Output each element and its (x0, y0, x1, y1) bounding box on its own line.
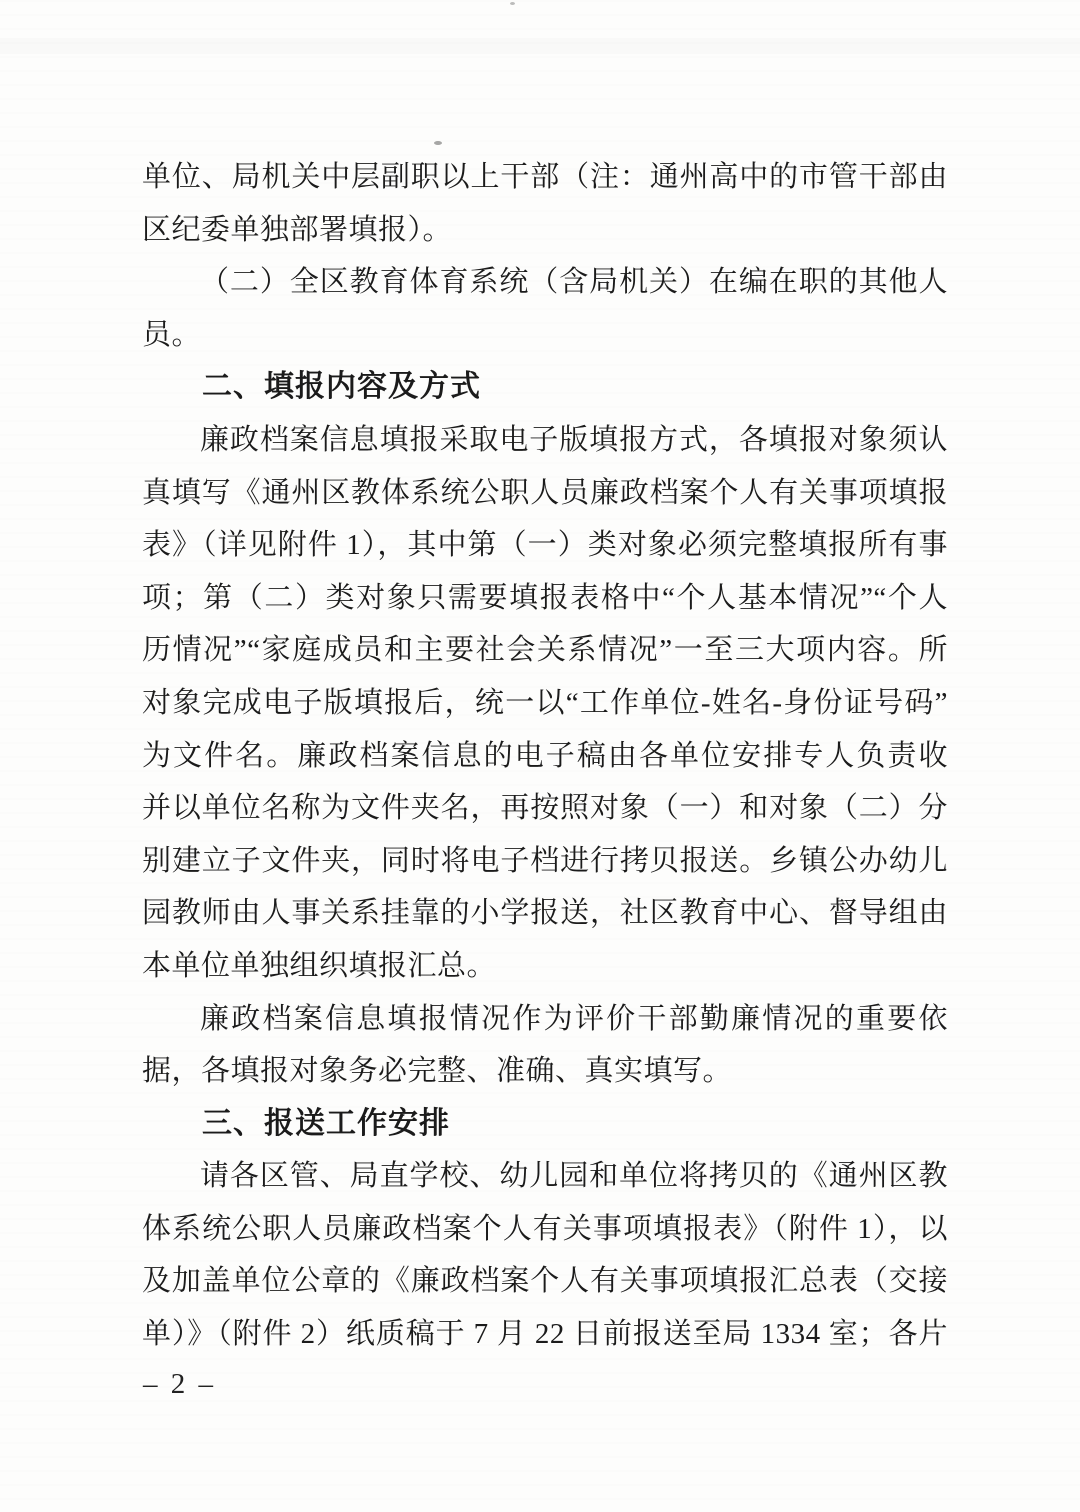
doc-line: 廉政档案信息填报情况作为评价干部勤廉情况的重要依 (142, 993, 948, 1046)
document-text-block: 单位、局机关中层副职以上干部（注：通州高中的市管干部由 区纪委单独部署填报）。 … (142, 151, 948, 1361)
scan-artifact-dot (510, 2, 515, 5)
doc-line: 请各区管、局直学校、幼儿园和单位将拷贝的《通州区教 (142, 1150, 948, 1203)
doc-line: 据，各填报对象务必完整、准确、真实填写。 (142, 1045, 948, 1098)
doc-line: 员。 (142, 309, 948, 362)
doc-line: 廉政档案信息填报采取电子版填报方式，各填报对象须认 (142, 414, 948, 467)
doc-line: （二）全区教育体育系统（含局机关）在编在职的其他人 (142, 256, 948, 309)
document-page: 单位、局机关中层副职以上干部（注：通州高中的市管干部由 区纪委单独部署填报）。 … (0, 0, 1080, 1512)
doc-line: 历情况”“家庭成员和主要社会关系情况”一至三大项内容。所有 (142, 624, 948, 677)
doc-line: 体系统公职人员廉政档案个人有关事项填报表》（附件 1），以 (142, 1203, 948, 1256)
doc-line: 园教师由人事关系挂靠的小学报送，社区教育中心、督导组由 (142, 887, 948, 940)
doc-line: 表》（详见附件 1），其中第（一）类对象必须完整填报所有事 (142, 519, 948, 572)
doc-line: 别建立子文件夹，同时将电子档进行拷贝报送。乡镇公办幼儿 (142, 835, 948, 888)
page-number: – 2 – (143, 1368, 216, 1401)
doc-line: 并以单位名称为文件夹名，再按照对象（一）和对象（二）分 (142, 782, 948, 835)
scan-artifact-band (0, 38, 1080, 54)
scan-artifact-dot (434, 141, 442, 145)
doc-line: 单）》（附件 2）纸质稿于 7 月 22 日前报送至局 1334 室；各片 (142, 1308, 948, 1361)
doc-line: 真填写《通州区教体系统公职人员廉政档案个人有关事项填报 (142, 467, 948, 520)
doc-line: 区纪委单独部署填报）。 (142, 204, 948, 257)
doc-line: 项；第（二）类对象只需要填报表格中“个人基本情况”“个人简 (142, 572, 948, 625)
doc-line: 及加盖单位公章的《廉政档案个人有关事项填报汇总表（交接 (142, 1255, 948, 1308)
doc-line: 为文件名。廉政档案信息的电子稿由各单位安排专人负责收集， (142, 730, 948, 783)
doc-line: 单位、局机关中层副职以上干部（注：通州高中的市管干部由 (142, 151, 948, 204)
section-heading-2: 二、填报内容及方式 (142, 361, 948, 414)
doc-line: 对象完成电子版填报后，统一以“工作单位-姓名-身份证号码” (142, 677, 948, 730)
section-heading-3: 三、报送工作安排 (142, 1098, 948, 1151)
doc-line: 本单位单独组织填报汇总。 (142, 940, 948, 993)
